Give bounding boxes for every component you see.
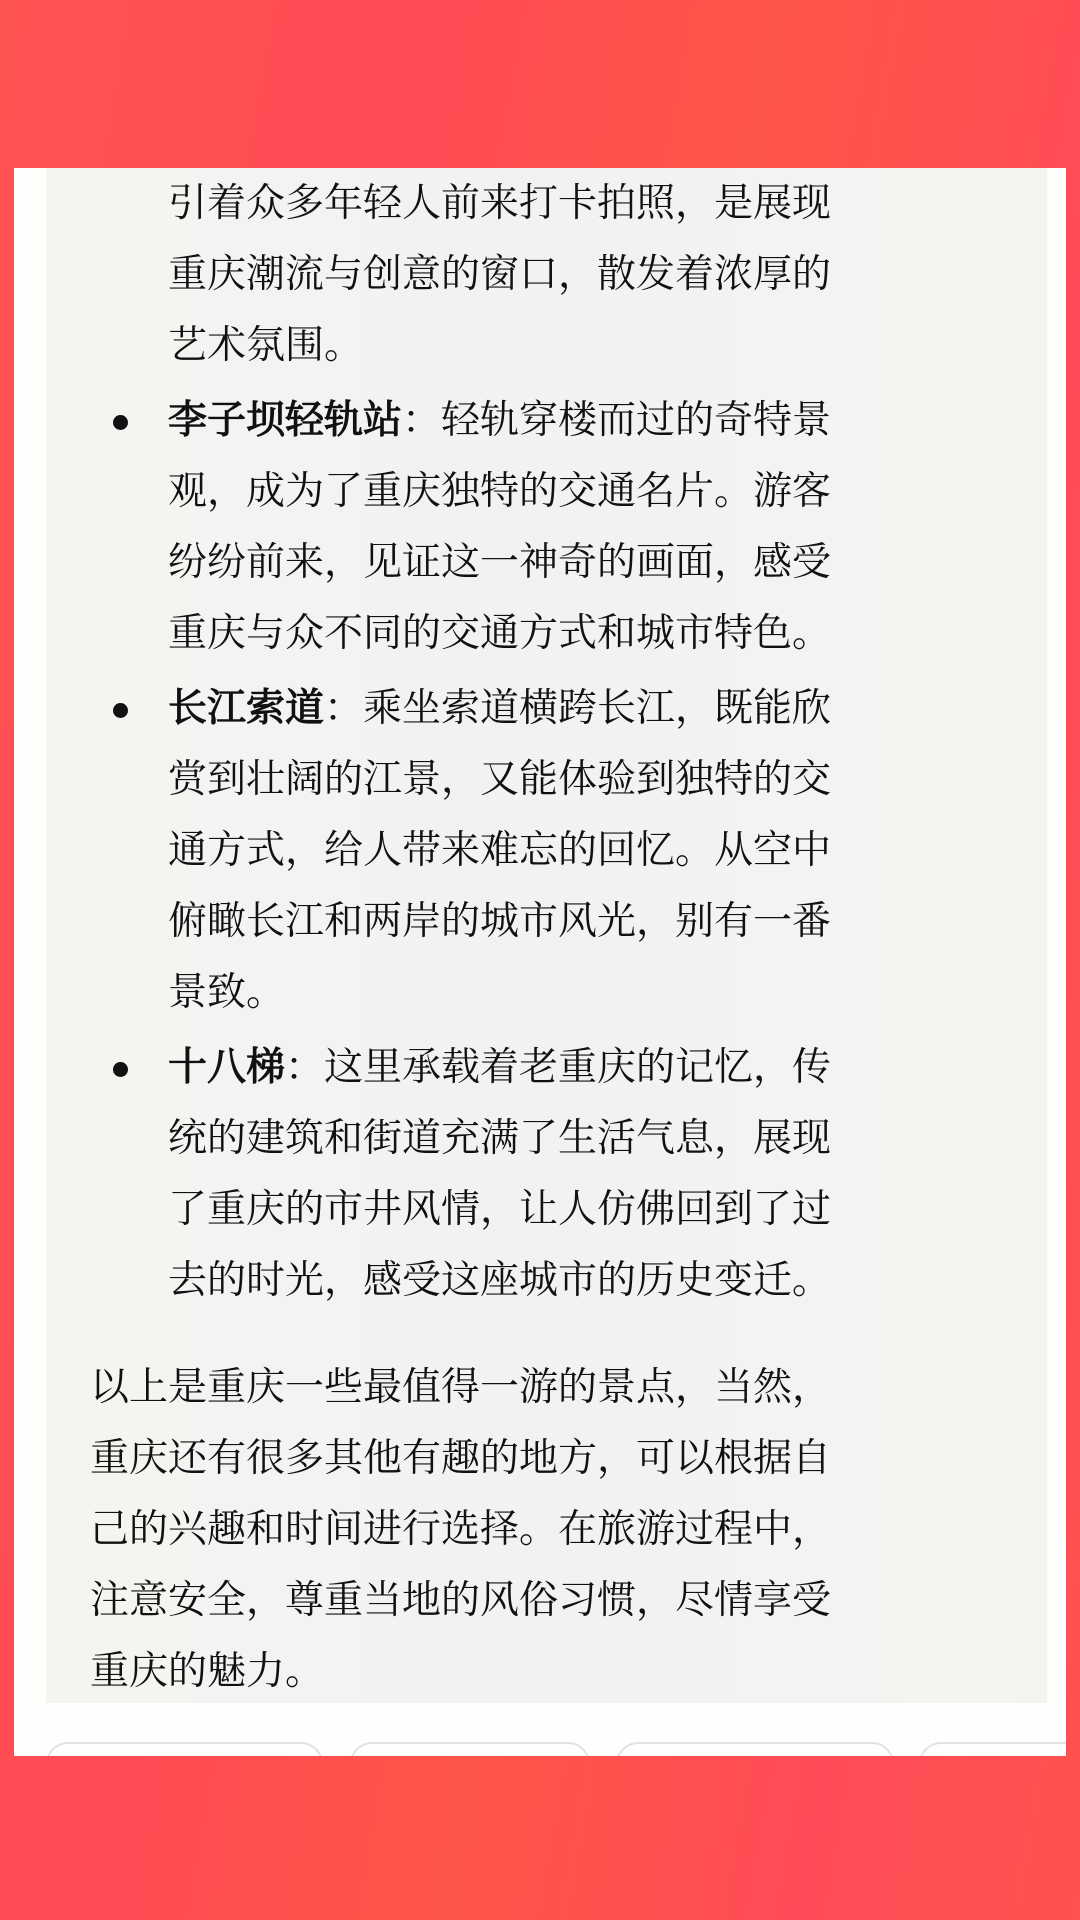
- text-line: 景致。: [168, 957, 1027, 1028]
- text-line: 了重庆的市井风情，让人仿佛回到了过: [168, 1174, 1027, 1245]
- attraction-list: 李子坝轻轨站：轻轨穿楼而过的奇特景 观，成为了重庆独特的交通名片。游客 纷纷前来…: [46, 385, 1047, 1316]
- separator: ：: [324, 686, 363, 731]
- attraction-name: 长江索道: [168, 686, 324, 731]
- suggestion-chip[interactable]: [616, 1742, 894, 1756]
- summary-paragraph: 以上是重庆一些最值得一游的景点，当然， 重庆还有很多其他有趣的地方，可以根据自 …: [46, 1352, 1047, 1707]
- text-line: 乘坐索道横跨长江，既能欣: [363, 686, 831, 731]
- previous-item-continuation: 引着众多年轻人前来打卡拍照，是展现 重庆潮流与创意的窗口，散发着浓厚的 艺术氛围…: [46, 168, 1047, 381]
- attraction-name: 李子坝轻轨站: [168, 398, 402, 443]
- attraction-name: 十八梯: [168, 1045, 285, 1090]
- text-line: 重庆与众不同的交通方式和城市特色。: [168, 598, 1027, 669]
- suggestion-chip[interactable]: [350, 1742, 590, 1756]
- suggestion-chip[interactable]: [919, 1742, 1066, 1756]
- list-item-liziba-station: 李子坝轻轨站：轻轨穿楼而过的奇特景 观，成为了重庆独特的交通名片。游客 纷纷前来…: [46, 385, 1047, 669]
- list-item-shibati: 十八梯：这里承载着老重庆的记忆，传 统的建筑和街道充满了生活气息，展现 了重庆的…: [46, 1032, 1047, 1316]
- separator: ：: [402, 398, 441, 443]
- suggestion-chip[interactable]: [46, 1742, 323, 1756]
- bullet-icon: [113, 1062, 128, 1077]
- suggestion-chips-row: [14, 1742, 1066, 1756]
- text-line: 通方式，给人带来难忘的回忆。从空中: [168, 815, 1027, 886]
- bullet-icon: [113, 415, 128, 430]
- list-item-yangtze-cableway: 长江索道：乘坐索道横跨长江，既能欣 赏到壮阔的江景，又能体验到独特的交 通方式，…: [46, 673, 1047, 1028]
- text-line: 轻轨穿楼而过的奇特景: [441, 398, 831, 443]
- text-line: 己的兴趣和时间进行选择。在旅游过程中，: [90, 1494, 1047, 1565]
- answer-content: 引着众多年轻人前来打卡拍照，是展现 重庆潮流与创意的窗口，散发着浓厚的 艺术氛围…: [46, 168, 1047, 1707]
- bullet-icon: [113, 703, 128, 718]
- text-line: 以上是重庆一些最值得一游的景点，当然，: [90, 1352, 1047, 1423]
- text-line: 去的时光，感受这座城市的历史变迁。: [168, 1245, 1027, 1316]
- text-line: 纷纷前来，见证这一神奇的画面，感受: [168, 527, 1027, 598]
- text-line: 统的建筑和街道充满了生活气息，展现: [168, 1103, 1027, 1174]
- text-line: 重庆潮流与创意的窗口，散发着浓厚的: [168, 239, 1017, 310]
- text-line: 重庆还有很多其他有趣的地方，可以根据自: [90, 1423, 1047, 1494]
- text-line: 重庆的魅力。: [90, 1636, 1047, 1707]
- text-line: 观，成为了重庆独特的交通名片。游客: [168, 456, 1027, 527]
- text-line: 注意安全，尊重当地的风俗习惯，尽情享受: [90, 1565, 1047, 1636]
- text-line: 艺术氛围。: [168, 310, 1017, 381]
- chat-frame: 引着众多年轻人前来打卡拍照，是展现 重庆潮流与创意的窗口，散发着浓厚的 艺术氛围…: [14, 168, 1066, 1756]
- answer-panel: 引着众多年轻人前来打卡拍照，是展现 重庆潮流与创意的窗口，散发着浓厚的 艺术氛围…: [46, 168, 1047, 1703]
- separator: ：: [285, 1045, 324, 1090]
- text-line: 赏到壮阔的江景，又能体验到独特的交: [168, 744, 1027, 815]
- text-line: 这里承载着老重庆的记忆，传: [324, 1045, 831, 1090]
- text-line: 俯瞰长江和两岸的城市风光，别有一番: [168, 886, 1027, 957]
- text-line: 引着众多年轻人前来打卡拍照，是展现: [168, 168, 1017, 239]
